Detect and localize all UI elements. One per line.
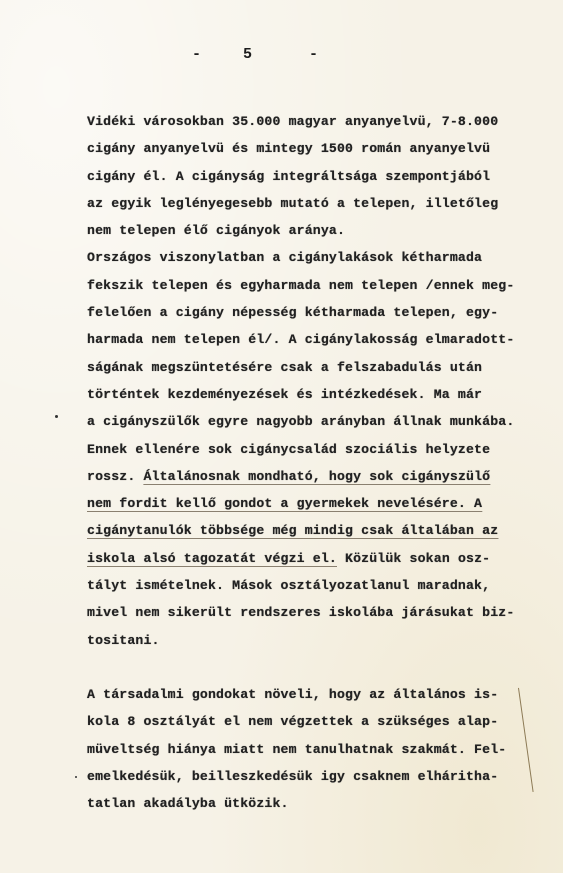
text-line: iskola alsó tagozatát végzi el. Közülük … (87, 545, 514, 572)
text-line: kola 8 osztályát el nem végzettek a szük… (87, 708, 514, 735)
paragraph-gap (87, 654, 514, 681)
text-line: a cigányszülők egyre nagyobb arányban ál… (87, 408, 514, 435)
text-line: az egyik leglényegesebb mutató a telepen… (87, 190, 514, 217)
text-line: cigánytanulók többsége még mindig csak á… (87, 517, 514, 544)
text-line: rossz. Általánosnak mondható, hogy sok c… (87, 463, 514, 490)
text-line: történtek kezdeményezések és intézkedése… (87, 381, 514, 408)
underlined-text: iskola alsó tagozatát végzi el. (87, 551, 337, 566)
text-line: fekszik telepen és egyharmada nem telepe… (87, 272, 514, 299)
text-line: müveltség hiánya miatt nem tanulhatnak s… (87, 736, 514, 763)
text-line: A társadalmi gondokat növeli, hogy az ál… (87, 681, 514, 708)
text-line: Vidéki városokban 35.000 magyar anyanyel… (87, 108, 514, 135)
paragraph: A társadalmi gondokat növeli, hogy az ál… (87, 681, 514, 817)
text-line: tatlan akadályba ütközik. (87, 790, 514, 817)
margin-pencil-line (518, 688, 534, 792)
underlined-text: cigánytanulók többsége még mindig csak á… (87, 523, 498, 538)
text-line: tályt ismételnek. Mások osztályozatlanul… (87, 572, 514, 599)
body-text: Vidéki városokban 35.000 magyar anyanyel… (87, 108, 514, 817)
text-line: ságának megszüntetésére csak a felszabad… (87, 354, 514, 381)
underlined-text: Általánosnak mondható, hogy sok cigánysz… (143, 469, 490, 484)
text-line: harmada nem telepen él/. A cigánylakossá… (87, 326, 514, 353)
header-dash-left: - (192, 46, 201, 63)
text-line: mivel nem sikerült rendszeres iskolába j… (87, 599, 514, 626)
typewritten-page: - 5 - Vidéki városokban 35.000 magyar an… (0, 0, 563, 873)
text-line: felelően a cigány népesség kétharmada te… (87, 299, 514, 326)
text-line: nem telepen élő cigányok aránya. (87, 217, 514, 244)
text-line: nem fordit kellő gondot a gyermekek neve… (87, 490, 514, 517)
text-line: Országos viszonylatban a cigánylakások k… (87, 244, 514, 271)
paragraph: Vidéki városokban 35.000 magyar anyanyel… (87, 108, 514, 654)
text-line: tositani. (87, 627, 514, 654)
margin-dot-mark (55, 415, 58, 418)
underlined-text: nem fordit kellő gondot a gyermekek neve… (87, 496, 482, 511)
page-number: 5 (243, 46, 252, 63)
text-line: Ennek ellenére sok cigánycsalád szociáli… (87, 436, 514, 463)
text-line: emelkedésük, beilleszkedésük igy csaknem… (87, 763, 514, 790)
text-line: cigány anyanyelvü és mintegy 1500 román … (87, 135, 514, 162)
margin-dot-mark (75, 776, 77, 778)
header-dash-right: - (309, 46, 318, 63)
text-line: cigány él. A cigányság integráltsága sze… (87, 163, 514, 190)
